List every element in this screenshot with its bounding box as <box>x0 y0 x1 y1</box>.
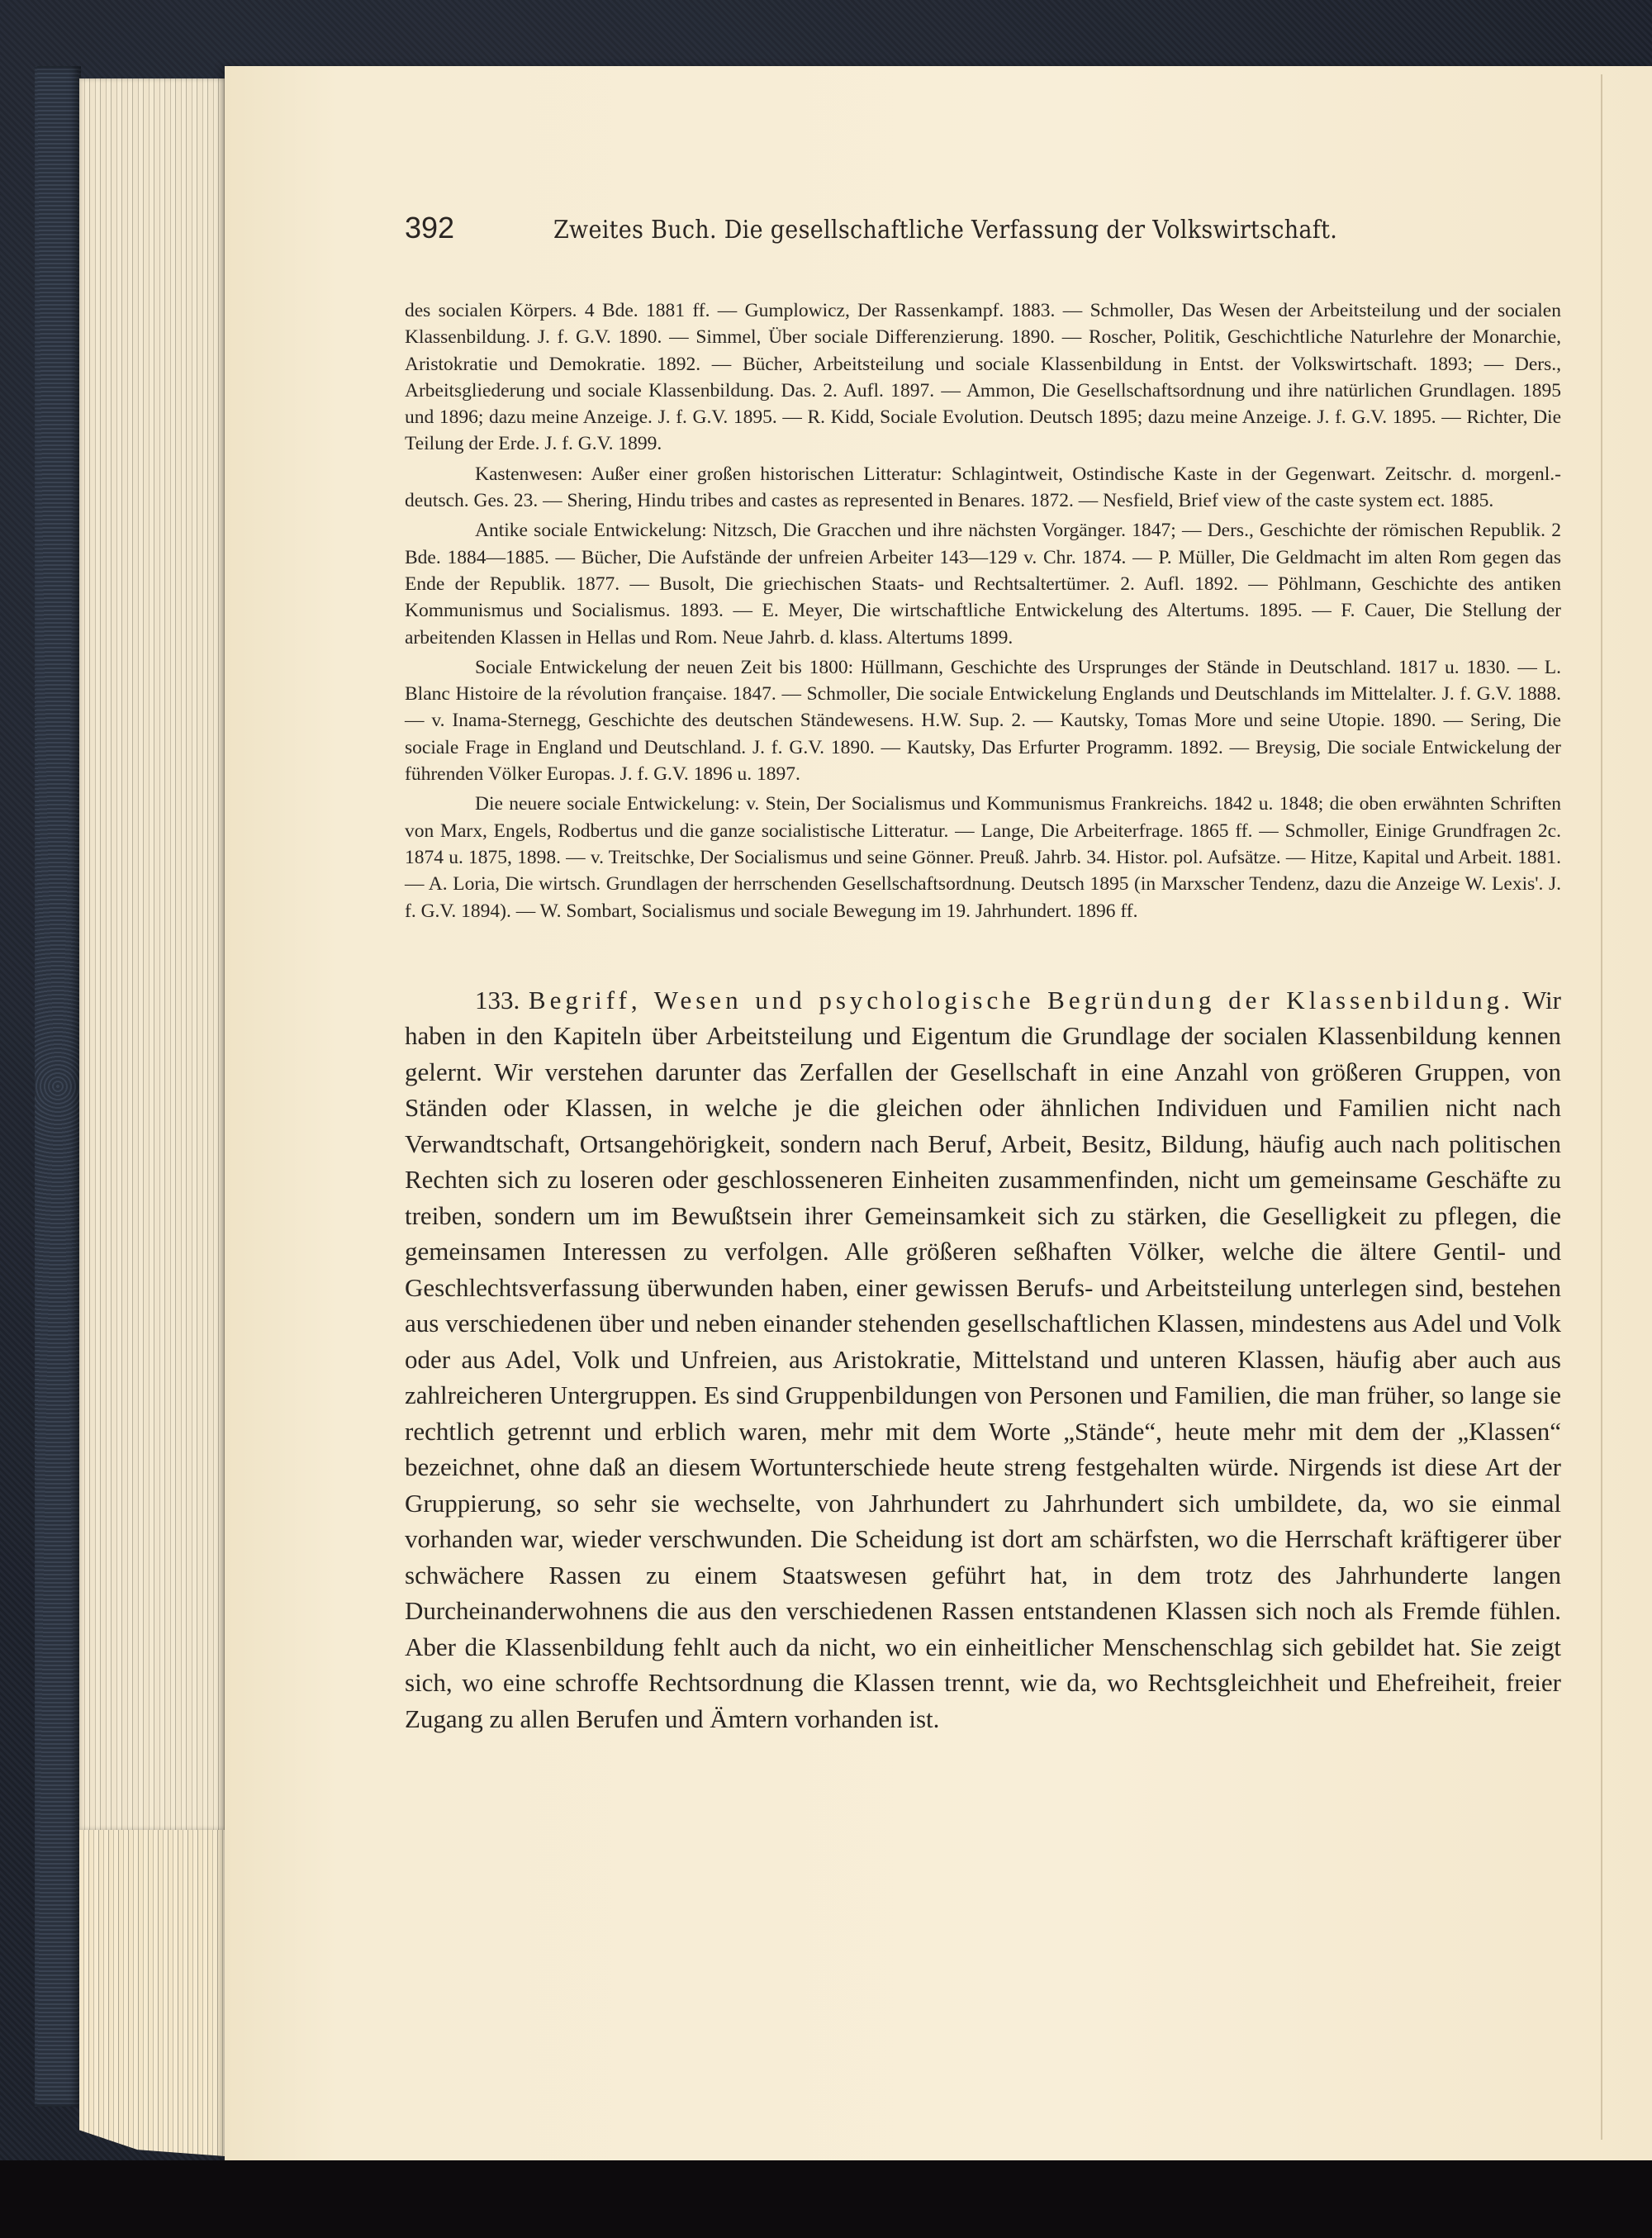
note-paragraph-antike: Antike sociale Entwickelung: Nitzsch, Di… <box>405 517 1561 650</box>
running-head: 392 Zweites Buch. Die gesellschaftliche … <box>405 211 1561 252</box>
note-paragraph: des socialen Körpers. 4 Bde. 1881 ff. — … <box>405 297 1561 458</box>
page-content: 392 Zweites Buch. Die gesellschaftliche … <box>405 211 1561 1737</box>
note-paragraph-kastenwesen: Kastenwesen: Außer einer großen historis… <box>405 461 1561 515</box>
page-crease <box>1601 74 1602 2140</box>
book-spine <box>35 66 81 2107</box>
page-number: 392 <box>405 211 553 245</box>
bottom-shadow <box>0 2160 1652 2238</box>
section-133: 133. Begriff, Wesen und psychologische B… <box>405 982 1561 1737</box>
note-paragraph-neuere: Die neuere sociale Entwickelung: v. Stei… <box>405 791 1561 924</box>
page-stack-edges <box>79 78 225 1830</box>
section-paragraph: 133. Begriff, Wesen und psychologische B… <box>405 982 1561 1737</box>
section-body: Wir haben in den Kapiteln über Arbeitste… <box>405 986 1561 1733</box>
running-title: Zweites Buch. Die gesellschaftliche Verf… <box>553 216 1337 245</box>
note-paragraph-neue-zeit: Sociale Entwickelung der neuen Zeit bis … <box>405 654 1561 787</box>
page-stack-edges-lower <box>79 1830 225 2156</box>
bibliography-notes: des socialen Körpers. 4 Bde. 1881 ff. — … <box>405 297 1561 924</box>
section-number: 133. <box>475 986 520 1014</box>
section-heading: Begriff, Wesen und psychologische Begrün… <box>529 986 1514 1014</box>
